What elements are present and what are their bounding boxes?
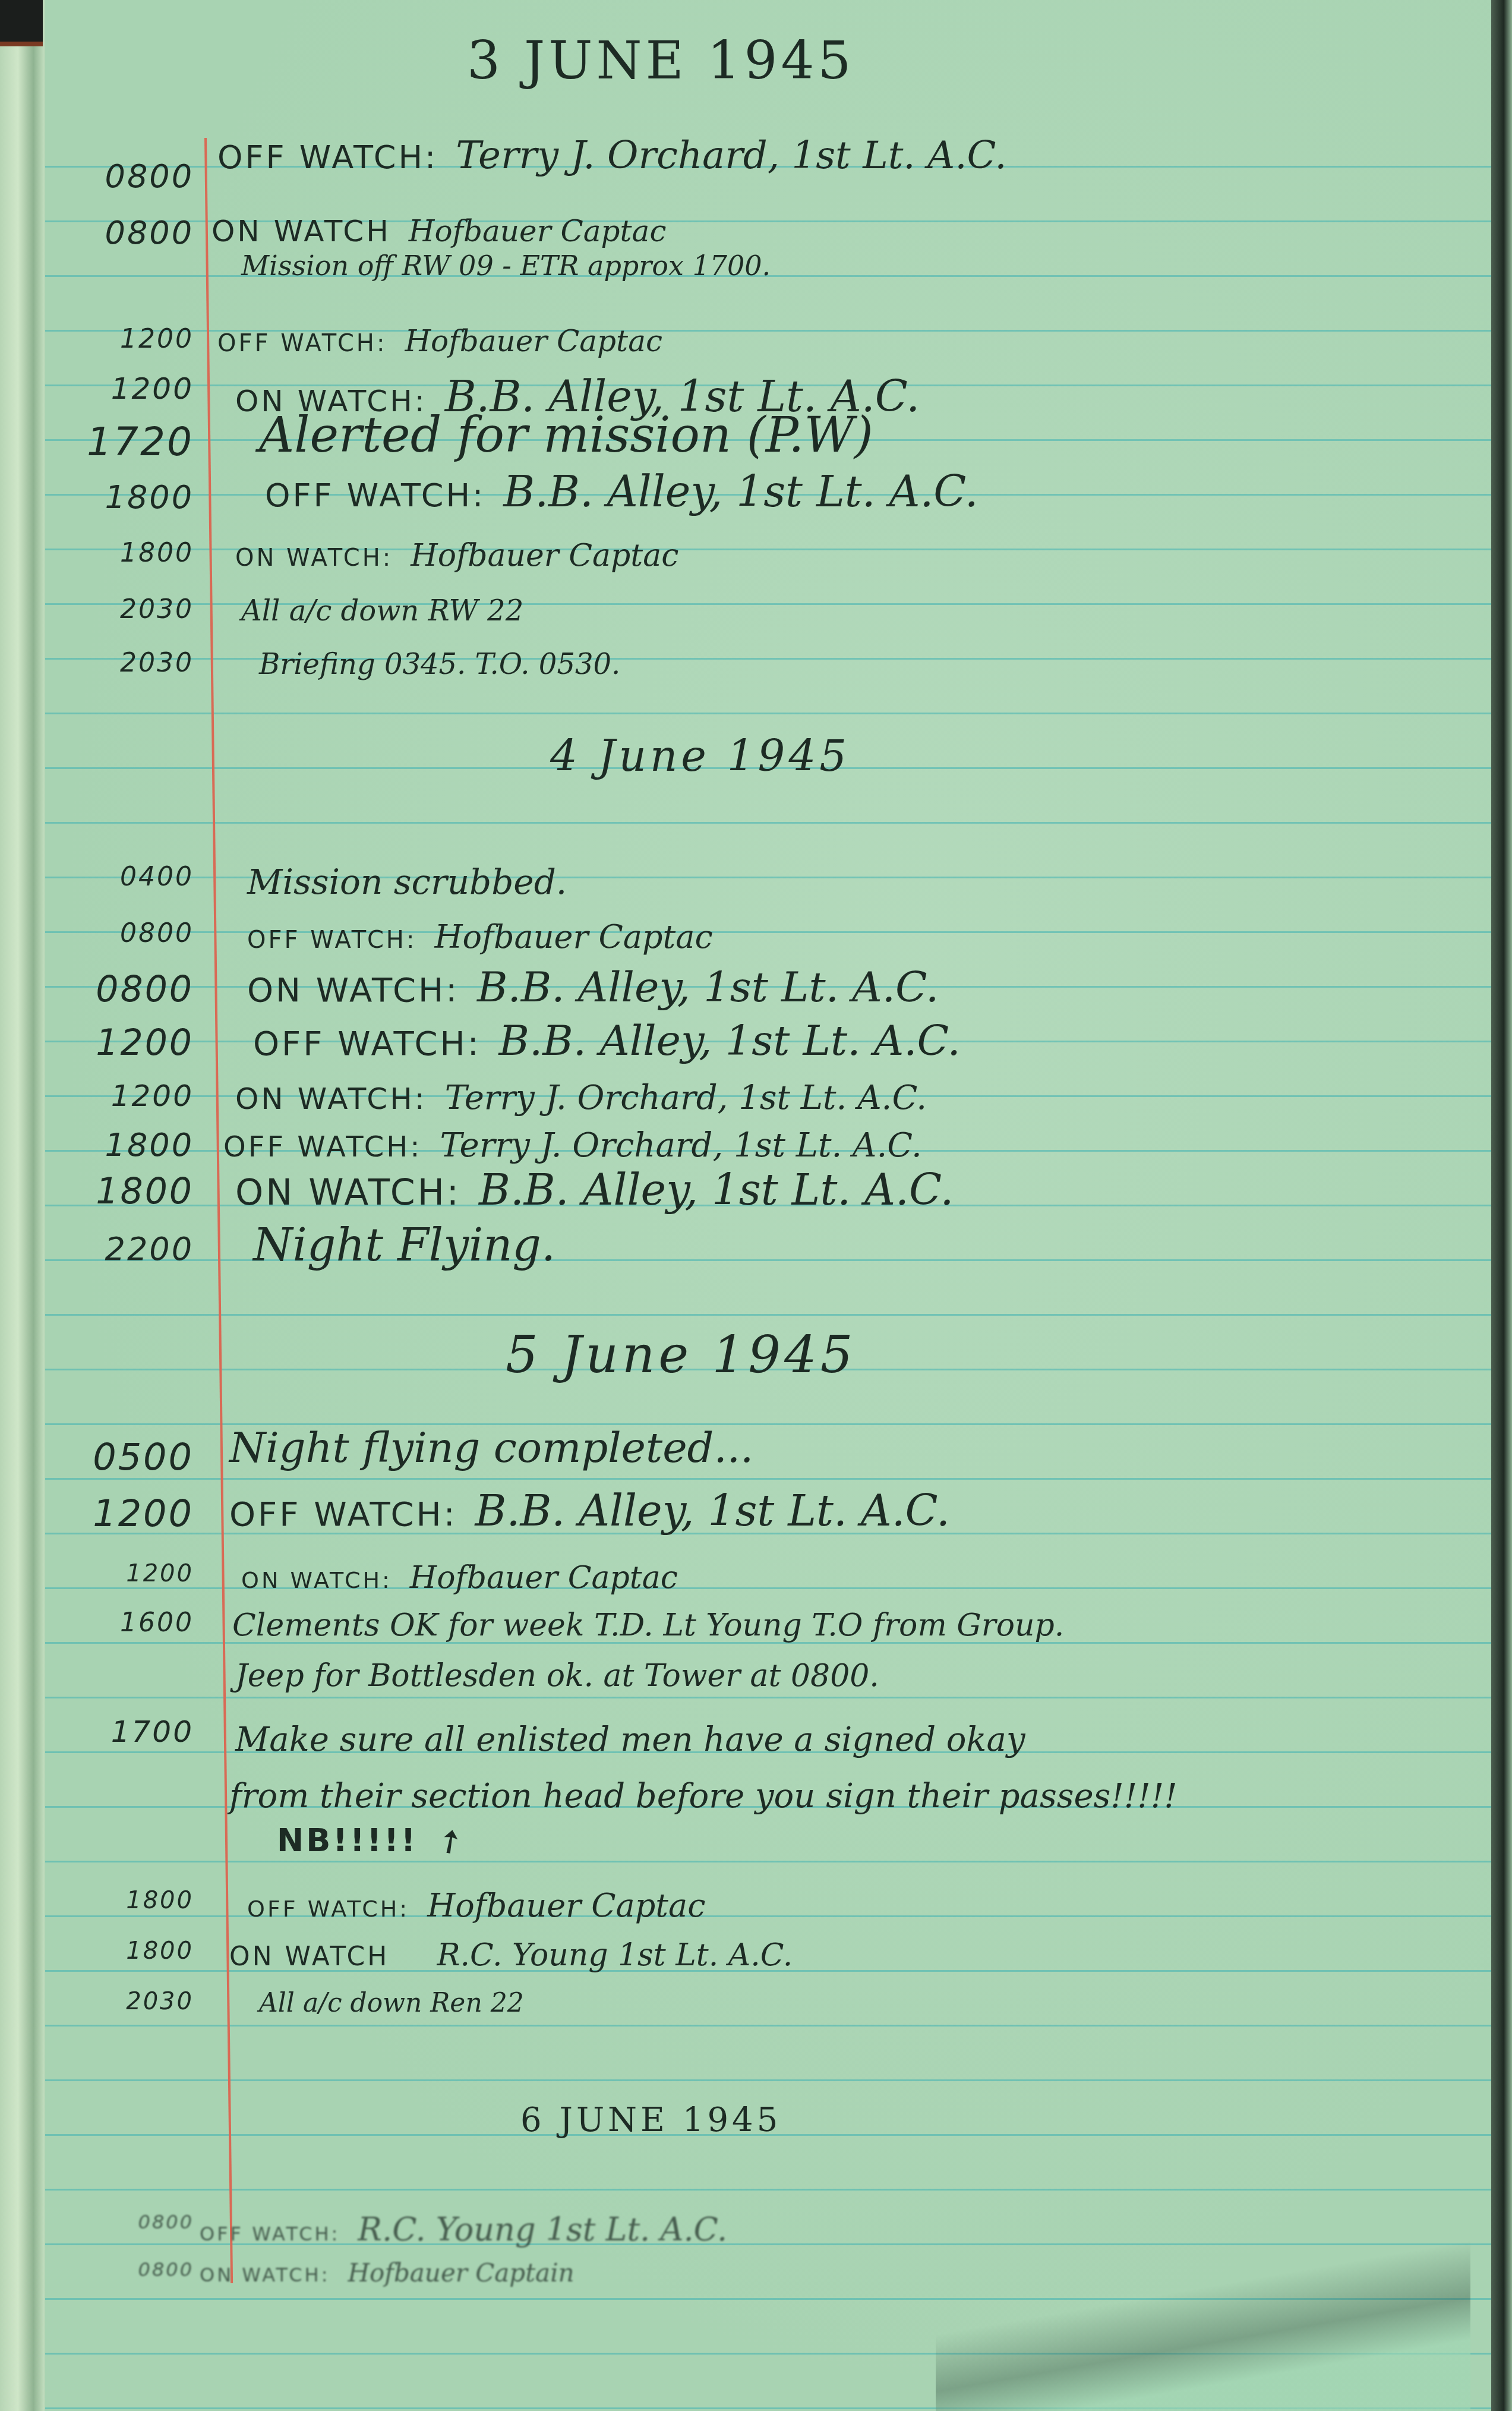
entry-time: 1200 [81, 371, 194, 406]
entry-time: 0500 [81, 1435, 194, 1479]
entry-text: from their section head before you sign … [229, 1777, 1178, 1816]
log-entry: 0500 Night flying completed... [45, 1435, 1471, 1483]
page-shadow [936, 2221, 1470, 2411]
log-entry: 1800 OFF WATCH:Hofbauer Captac [45, 1887, 1471, 1934]
entry-time: 1800 [81, 1887, 194, 1914]
entry-time: 2030 [81, 594, 194, 625]
date-heading-5-june: 5 June 1945 [506, 1325, 856, 1385]
entry-text: OFF WATCH:B.B. Alley, 1st Lt. A.C. [229, 1486, 950, 1536]
log-entry: 1700 Make sure all enlisted men have a s… [45, 1715, 1471, 1762]
page-edge [1491, 0, 1512, 2411]
entry-time: 1800 [81, 1126, 194, 1164]
log-entry: 2030 All a/c down RW 22 [45, 594, 1471, 642]
log-entry: 2030 All a/c down Ren 22 [45, 1988, 1471, 2035]
entry-time: 1800 [81, 538, 194, 568]
entry-text: OFF WATCH:Hofbauer Captac [247, 918, 713, 956]
entry-time: 2030 [81, 1988, 194, 2015]
entry-time: 1720 [81, 419, 194, 465]
notebook-spine [0, 0, 45, 2411]
entry-time: 1800 [81, 1937, 194, 1965]
entry-text: OFF WATCH:Hofbauer Captac [217, 324, 662, 358]
entry-text: ON WATCH:Hofbauer Captain [200, 2258, 575, 2287]
entry-text: OFF WATCH:Terry J. Orchard, 1st Lt. A.C. [217, 134, 1007, 178]
entry-time: 1200 [81, 1560, 194, 1587]
date-heading-4-june: 4 June 1945 [550, 731, 850, 781]
log-entry: 1200 ON WATCH:Hofbauer Captac [45, 1560, 1471, 1608]
entry-text: ON WATCH:B.B. Alley, 1st Lt. A.C. [235, 1165, 954, 1215]
log-entry: 1200 OFF WATCH:B.B. Alley, 1st Lt. A.C. [45, 1492, 1471, 1539]
entry-time: 1200 [81, 1492, 194, 1535]
log-entry: Jeep for Bottlesden ok. at Tower at 0800… [45, 1658, 1471, 1706]
entry-time: 0800 [81, 157, 194, 195]
entry-text: ON WATCH:Hofbauer Captac [235, 538, 678, 573]
entry-text: OFF WATCH:Terry J. Orchard, 1st Lt. A.C. [223, 1126, 922, 1165]
log-entry: 1600 Clements OK for week T.D. Lt Young … [45, 1608, 1471, 1655]
log-entry: 0400 Mission scrubbed. [45, 862, 1471, 909]
entry-text: All a/c down Ren 22 [259, 1988, 524, 2018]
entry-text: ON WATCHHofbauer Captac [212, 214, 666, 248]
entry-text: Briefing 0345. T.O. 0530. [259, 648, 620, 681]
log-entry: 0800 OFF WATCH:Hofbauer Captac [45, 918, 1471, 966]
entry-text: OFF WATCH:B.B. Alley, 1st Lt. A.C. [265, 467, 978, 516]
entry-time: 0800 [81, 2258, 194, 2281]
entry-text: All a/c down RW 22 [241, 594, 523, 628]
entry-text: Night flying completed... [229, 1423, 753, 1472]
date-heading-6-june: 6 JUNE 1945 [520, 2101, 781, 2139]
log-entry: from their section head before you sign … [45, 1777, 1471, 1824]
entry-time: 0800 [81, 969, 194, 1010]
log-entry: 1800 ON WATCH:Hofbauer Captac [45, 538, 1471, 585]
entry-text: Jeep for Bottlesden ok. at Tower at 0800… [235, 1658, 879, 1694]
entry-time: 1700 [81, 1715, 194, 1749]
entry-time: 0800 [81, 214, 194, 251]
log-page: 3 JUNE 1945 0800 OFF WATCH:Terry J. Orch… [45, 0, 1491, 2411]
entry-text: Make sure all enlisted men have a signed… [235, 1720, 1025, 1759]
entry-text: ON WATCH:Hofbauer Captac [241, 1560, 678, 1596]
log-entry: 1200 OFF WATCH:Hofbauer Captac [45, 324, 1471, 371]
entry-time: 2030 [81, 648, 194, 678]
log-entry: 0800 OFF WATCH:Terry J. Orchard, 1st Lt.… [45, 157, 1471, 205]
entry-text: ON WATCH:Terry J. Orchard, 1st Lt. A.C. [235, 1079, 927, 1117]
entry-text: ON WATCHR.C. Young 1st Lt. A.C. [229, 1937, 793, 1973]
entry-time: 1200 [81, 1022, 194, 1064]
entry-text: OFF WATCH:Hofbauer Captac [247, 1887, 705, 1924]
entry-time: 1200 [81, 324, 194, 354]
entry-text: OFF WATCH:R.C. Young 1st Lt. A.C. [200, 2211, 727, 2248]
log-entry: Mission off RW 09 - ETR approx 1700. [45, 250, 1471, 297]
entry-text: Night Flying. [253, 1218, 555, 1271]
log-entry: 2030 Briefing 0345. T.O. 0530. [45, 648, 1471, 695]
log-entry: 0800 ON WATCH:B.B. Alley, 1st Lt. A.C. [45, 969, 1471, 1016]
entry-time: 1800 [81, 1171, 194, 1212]
entry-time: 0400 [81, 862, 194, 892]
log-entry: 1800 ON WATCH:B.B. Alley, 1st Lt. A.C. [45, 1171, 1471, 1218]
entry-text: Alerted for mission (P.W) [259, 407, 873, 464]
date-heading-3-june: 3 JUNE 1945 [467, 30, 855, 91]
entry-text: Mission off RW 09 - ETR approx 1700. [241, 250, 771, 282]
entry-time: 0800 [81, 918, 194, 948]
entry-text: Mission scrubbed. [247, 862, 567, 902]
nota-bene-mark: NB!!!!!➚ [277, 1821, 465, 1859]
log-entry: 1200 OFF WATCH:B.B. Alley, 1st Lt. A.C. [45, 1022, 1471, 1070]
log-entry: 2200 Night Flying. [45, 1230, 1471, 1278]
log-entry: 1720 Alerted for mission (P.W) [45, 419, 1471, 467]
entry-text: Clements OK for week T.D. Lt Young T.O f… [232, 1608, 1064, 1643]
log-entry: 1800 ON WATCHR.C. Young 1st Lt. A.C. [45, 1937, 1471, 1985]
entry-time: 0800 [81, 2211, 194, 2233]
entry-time: 2200 [81, 1230, 194, 1268]
binding-edge [0, 0, 43, 46]
entry-time: 1800 [81, 478, 194, 516]
log-entry: 1800 OFF WATCH:B.B. Alley, 1st Lt. A.C. [45, 478, 1471, 526]
log-entry: 1200 ON WATCH:Terry J. Orchard, 1st Lt. … [45, 1079, 1471, 1126]
entry-time: 1200 [81, 1079, 194, 1113]
entry-text: OFF WATCH:B.B. Alley, 1st Lt. A.C. [253, 1016, 961, 1065]
entry-time: 1600 [81, 1608, 194, 1638]
entry-text: ON WATCH:B.B. Alley, 1st Lt. A.C. [247, 963, 939, 1011]
